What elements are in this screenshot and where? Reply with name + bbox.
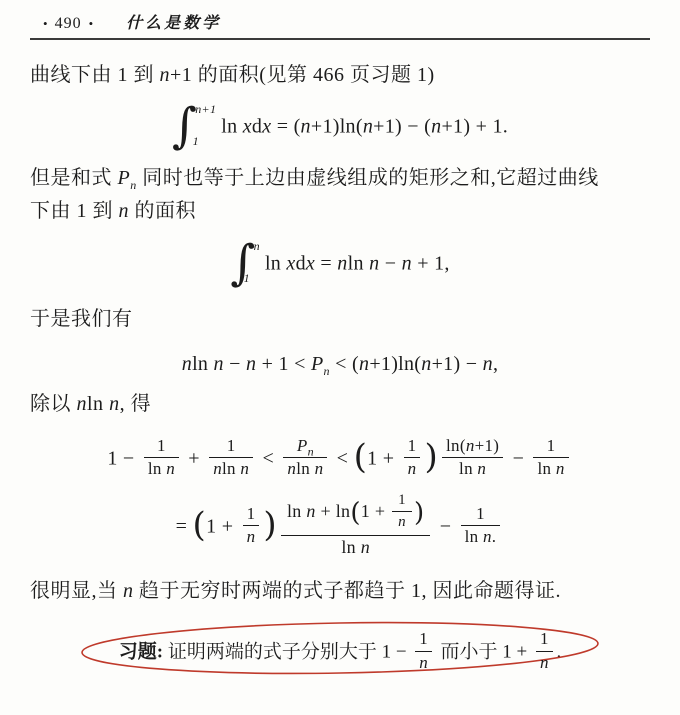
exercise-label: 习题: [119, 642, 157, 663]
text-run: 1 +: [367, 447, 399, 469]
text-run: +1) − (: [373, 116, 431, 138]
text-run: 1 −: [107, 447, 139, 469]
variable: P: [118, 167, 131, 189]
header-bullet-left: •: [43, 16, 48, 32]
variable: n: [160, 64, 171, 86]
denominator: ln n: [144, 458, 179, 479]
variable: n: [123, 580, 134, 602]
text-run: 除以: [30, 393, 77, 415]
integral-upper-limit: n: [254, 239, 260, 254]
variable: n: [182, 353, 192, 375]
text-run: 1 +: [206, 515, 238, 537]
variable: n: [337, 253, 347, 275]
header-rule: [30, 38, 650, 40]
text-run: 的面积: [129, 200, 196, 222]
variable: n: [359, 353, 369, 375]
text-run: 趋于无穷时两端的式子都趋于 1, 因此命题得证.: [134, 580, 562, 602]
text-run: + 1,: [412, 253, 450, 275]
numerator: 1: [243, 504, 260, 526]
fraction: 1n: [536, 629, 553, 673]
text-run: , 得: [120, 393, 152, 415]
exercise-line: 习题: 证明两端的式子分别大于 1 − 1n 而小于 1 + 1n.: [30, 618, 650, 678]
numerator: 1: [536, 629, 553, 651]
text-run: +: [183, 447, 205, 469]
fraction: ln n + ln(1 + 1n)ln n: [281, 493, 430, 559]
exercise-content: 习题: 证明两端的式子分别大于 1 − 1n 而小于 1 + 1n.: [119, 618, 562, 675]
left-paren: (: [354, 437, 368, 477]
paragraph-divide-by: 除以 nln n, 得: [30, 388, 650, 421]
text-run: ln: [192, 353, 213, 375]
variable: n: [246, 353, 256, 375]
exercise-colon: :: [157, 642, 168, 663]
integral-limits: n+11: [195, 100, 216, 152]
variable: n: [421, 353, 431, 375]
paragraph-sum-rectangles: 但是和式 Pn 同时也等于上边由虚线组成的矩形之和,它超过曲线下由 1 到 n …: [30, 162, 650, 228]
denominator: n: [404, 458, 421, 479]
text-run: 曲线下由 1 到: [30, 64, 160, 86]
text-run: +1) −: [432, 353, 483, 375]
variable: x: [286, 253, 295, 275]
integral-upper-limit: n+1: [195, 102, 216, 117]
denominator: ln n.: [461, 526, 501, 547]
text-run: −: [434, 515, 456, 537]
text-run: +1)ln(: [369, 353, 421, 375]
page-number: 490: [55, 15, 82, 33]
formula-divided-inequality-line1: 1 − 1ln n + 1nln n < Pnnln n < (1 + 1n)l…: [30, 438, 650, 482]
integral-lower-limit: 1: [244, 271, 250, 286]
numerator: 1: [209, 436, 253, 458]
text-run: =: [315, 253, 337, 275]
variable: n: [402, 253, 412, 275]
fraction: 1n: [392, 491, 412, 531]
text-run: +1) + 1.: [441, 116, 508, 138]
variable: x: [243, 116, 252, 138]
text-run: 于是我们有: [30, 308, 133, 330]
denominator: nln n: [209, 458, 253, 479]
fraction: 1n: [404, 436, 421, 480]
page-header: • 490 • 什么是数学: [30, 10, 650, 33]
text-run: ln: [348, 253, 369, 275]
text-run: d: [252, 116, 262, 138]
numerator: 1: [404, 436, 421, 458]
numerator: Pn: [283, 436, 327, 458]
numerator: 1: [533, 436, 568, 458]
paragraph-curve-area: 曲线下由 1 到 n+1 的面积(见第 466 页习题 1): [30, 59, 650, 92]
text-run: 而小于 1 +: [436, 642, 532, 663]
fraction: 1nln n: [209, 436, 253, 480]
variable: x: [306, 253, 315, 275]
text-run: −: [224, 353, 246, 375]
denominator: ln n: [281, 536, 430, 559]
text-run: + 1 <: [256, 353, 311, 375]
numerator: ln(n+1): [442, 436, 503, 458]
fraction: 1ln n: [533, 436, 568, 480]
text-run: ,: [493, 353, 498, 375]
text-run: < (: [330, 353, 359, 375]
variable: n: [301, 116, 311, 138]
right-paren: ): [263, 505, 277, 545]
formula-integral-n-plus-1: ∫n+11ln xdx = (n+1)ln(n+1) − (n+1) + 1.: [30, 102, 650, 154]
variable: n: [483, 353, 493, 375]
right-paren: ): [414, 498, 424, 528]
numerator: 1: [415, 629, 432, 651]
header-bullet-right: •: [89, 16, 94, 32]
text-run: 下由 1 到: [30, 200, 119, 222]
formula-inequality-pn: nln n − n + 1 < Pn < (n+1)ln(n+1) − n,: [30, 353, 650, 376]
text-run: 很明显,当: [30, 580, 123, 602]
text-run: 但是和式: [30, 167, 118, 189]
left-paren: (: [350, 498, 360, 528]
text-run: <: [331, 447, 353, 469]
text-run: ln: [265, 253, 286, 275]
text-run: = (: [271, 116, 300, 138]
numerator: 1: [461, 504, 501, 526]
text-run: =: [176, 515, 193, 537]
variable: n: [109, 393, 120, 415]
fraction: 1n: [415, 629, 432, 673]
fraction: 1ln n: [144, 436, 179, 480]
denominator: ln n: [442, 458, 503, 479]
book-page: • 490 • 什么是数学 曲线下由 1 到 n+1 的面积(见第 466 页习…: [0, 0, 680, 715]
text-run: <: [257, 447, 279, 469]
text-run: ln: [87, 393, 109, 415]
formula-divided-inequality-line2: = (1 + 1n)ln n + ln(1 + 1n)ln n − 1ln n.: [30, 495, 650, 561]
variable: n: [77, 393, 88, 415]
text-run: d: [296, 253, 306, 275]
variable: P: [311, 353, 324, 375]
numerator: 1: [144, 436, 179, 458]
formula-integral-n: ∫n1ln xdx = nln n − n + 1,: [30, 239, 650, 291]
text-run: .: [557, 642, 562, 663]
text-run: +1)ln(: [311, 116, 363, 138]
integral-sign: ∫n1: [230, 237, 260, 289]
denominator: n: [243, 526, 260, 547]
integral-sign: ∫n+11: [172, 100, 216, 152]
denominator: ln n: [533, 458, 568, 479]
text-run: −: [507, 447, 529, 469]
numerator: ln n + ln(1 + 1n): [281, 493, 430, 536]
integral-lower-limit: 1: [185, 134, 206, 149]
integral-limits: n1: [254, 237, 260, 289]
variable: n: [431, 116, 441, 138]
fraction: ln(n+1)ln n: [442, 436, 503, 480]
text-run: 证明两端的式子分别大于 1 −: [168, 642, 411, 663]
book-title: 什么是数学: [126, 10, 221, 33]
text-run: −: [379, 253, 401, 275]
variable: n: [369, 253, 379, 275]
paragraph-conclusion: 很明显,当 n 趋于无穷时两端的式子都趋于 1, 因此命题得证.: [30, 575, 650, 608]
text-run: ln: [221, 116, 242, 138]
text-run: +1 的面积(见第 466 页习题 1): [170, 64, 435, 86]
fraction: Pnnln n: [283, 436, 327, 480]
variable: n: [363, 116, 373, 138]
denominator: n: [536, 652, 553, 673]
variable: n: [214, 353, 224, 375]
fraction: 1ln n.: [461, 504, 501, 548]
denominator: n: [415, 652, 432, 673]
text-run: 同时也等于上边由虚线组成的矩形之和,它超过曲线: [137, 167, 599, 189]
denominator: nln n: [283, 458, 327, 479]
left-paren: (: [193, 505, 207, 545]
variable: n: [119, 200, 130, 222]
fraction: 1n: [243, 504, 260, 548]
paragraph-thus-we-have: 于是我们有: [30, 303, 650, 336]
right-paren: ): [424, 437, 438, 477]
